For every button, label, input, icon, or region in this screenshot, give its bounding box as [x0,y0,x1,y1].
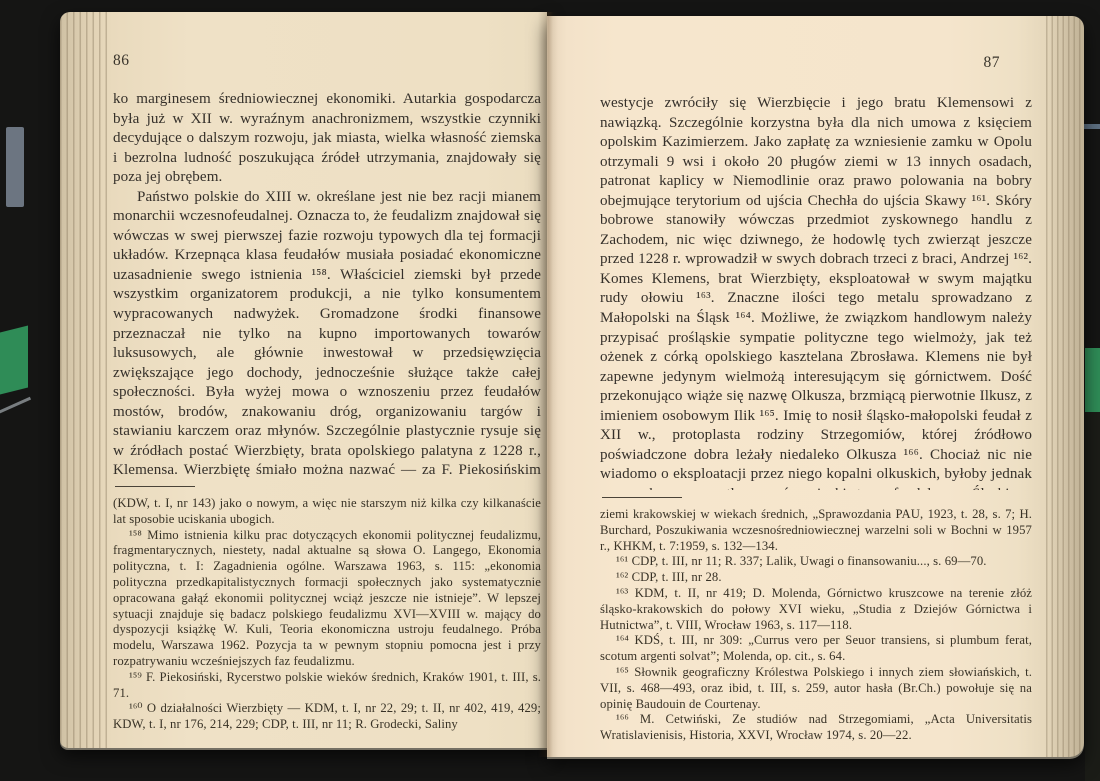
page-87-content: 87 westycje zwróciły się Wierzbięcie i j… [600,54,1032,754]
book-scan: 86 ko marginesem średniowiecznej ekonomi… [0,0,1100,781]
green-stripe-left [0,326,28,397]
page-87-body: westycje zwróciły się Wierzbięcie i jego… [600,94,1032,490]
footnote: ¹⁶⁵ Słownik geograficzny Królestwa Polsk… [600,665,1032,712]
footnote: ¹⁶² CDP, t. III, nr 28. [600,570,1032,586]
footnote: ¹⁶⁴ KDŚ, t. III, nr 309: „Currus vero pe… [600,633,1032,665]
footnote: ¹⁶⁶ M. Cetwiński, Ze studiów nad Strzego… [600,712,1032,744]
page-87-footnotes: ziemi krakowskiej w wiekach średnich, „S… [600,497,1032,744]
footnote: ¹⁶⁰ O działalności Wierzbięty — KDM, t. … [113,701,541,733]
page-number-right: 87 [600,54,1032,72]
background-tab-left [6,127,24,207]
page-86-content: 86 ko marginesem średniowiecznej ekonomi… [113,52,541,736]
footnote-rule [115,486,195,487]
footnote-rule [602,497,682,498]
footnote: ¹⁶¹ CDP, t. III, nr 11; R. 337; Lalik, U… [600,554,1032,570]
page-86-footnotes: (KDW, t. I, nr 143) jako o nowym, a więc… [113,486,541,733]
green-patch-right [1085,348,1100,412]
dark-edge-right [1085,412,1100,781]
page-87: 87 westycje zwróciły się Wierzbięcie i j… [547,16,1084,757]
paragraph: ko marginesem średniowiecznej ekonomiki.… [113,90,541,188]
footnote: ziemi krakowskiej w wiekach średnich, „S… [600,507,1032,554]
gray-line-left [0,397,31,414]
footnote: (KDW, t. I, nr 143) jako o nowym, a więc… [113,496,541,528]
footnote: ¹⁶³ KDM, t. II, nr 419; D. Molenda, Górn… [600,586,1032,633]
page-86-body: ko marginesem średniowiecznej ekonomiki.… [113,90,541,478]
paragraph: westycje zwróciły się Wierzbięcie i jego… [600,94,1032,490]
paragraph: Państwo polskie do XIII w. określane jes… [113,188,541,478]
footnote: ¹⁵⁹ F. Piekosiński, Rycerstwo polskie wi… [113,670,541,702]
page-86: 86 ko marginesem średniowiecznej ekonomi… [60,12,547,748]
footnote: ¹⁵⁸ Mimo istnienia kilku prac dotyczącyc… [113,528,541,670]
blue-line-right [1083,124,1100,129]
page-number-left: 86 [113,52,541,70]
